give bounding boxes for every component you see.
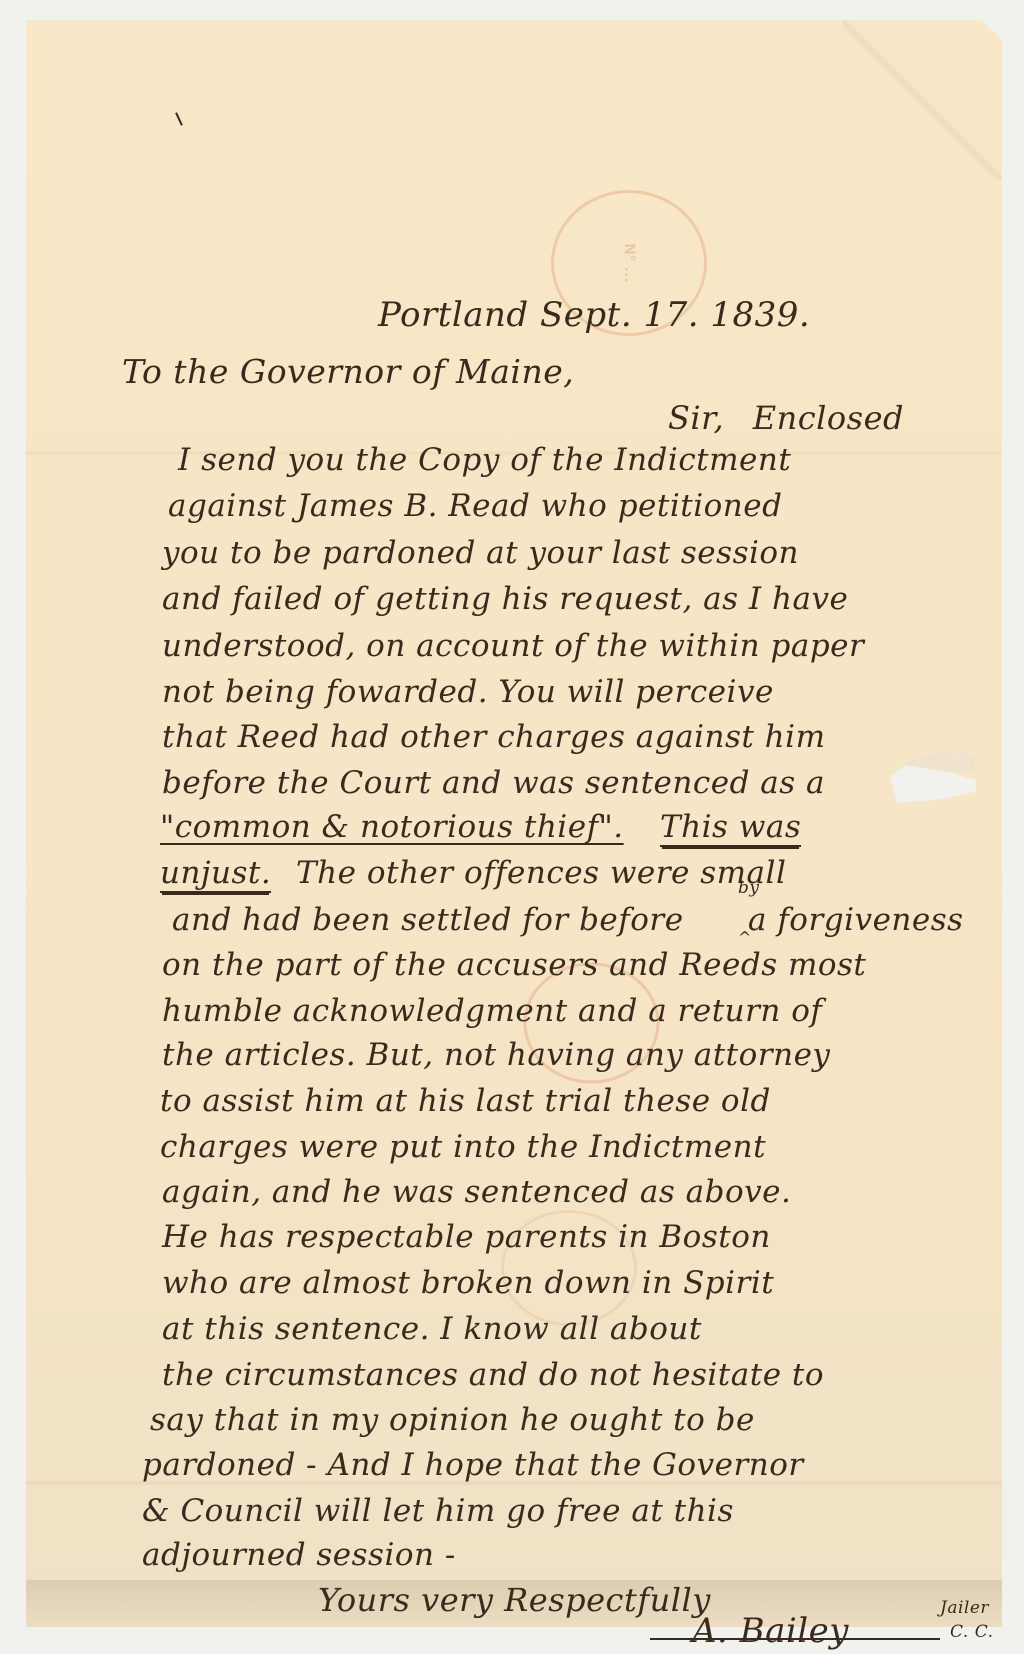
body-line: say that in my opinion he ought to be — [150, 1405, 755, 1436]
body-line: & Council will let him go free at this — [142, 1496, 734, 1527]
body-line: the circumstances and do not hesitate to — [162, 1360, 824, 1391]
body-line: humble acknowledgment and a return of — [162, 996, 822, 1027]
body-line: again, and he was sentenced as above. — [162, 1177, 791, 1208]
body-line: I send you the Copy of the Indictment — [178, 445, 791, 476]
body-line: the articles. But, not having any attorn… — [162, 1040, 830, 1071]
body-line: a forgiveness — [748, 905, 964, 936]
body-line: at this sentence. I know all about — [162, 1314, 702, 1345]
body-line-emphasis: unjust. — [160, 858, 271, 893]
signature: A. Bailey — [692, 1614, 849, 1648]
body-line: charges were put into the Indictment — [160, 1132, 766, 1163]
body-line: to assist him at his last trial these ol… — [160, 1086, 771, 1117]
body-line: He has respectable parents in Boston — [162, 1222, 771, 1253]
corner-fold — [842, 20, 1002, 180]
body-line: pardoned - And I hope that the Governor — [142, 1450, 804, 1481]
body-line: understood, on account of the within pap… — [162, 631, 864, 662]
salutation-sir: Sir, Enclosed — [668, 402, 904, 434]
body-line: who are almost broken down in Spirit — [162, 1268, 774, 1299]
body-line: The other offences were small — [296, 858, 786, 889]
body-line: adjourned session - — [142, 1540, 456, 1571]
closing: Yours very Respectfully — [318, 1584, 711, 1616]
interlinear-insertion: by — [738, 880, 760, 897]
body-line: you to be pardoned at your last session — [162, 538, 799, 569]
signature-title: Jailer — [940, 1600, 989, 1617]
body-line: and had been settled for before — [172, 905, 684, 936]
body-line: not being fowarded. You will perceive — [162, 677, 774, 708]
signature-office: C. C. — [950, 1624, 994, 1641]
body-line: and failed of getting his request, as I … — [162, 584, 848, 615]
body-line: against James B. Read who petitioned — [168, 491, 782, 522]
body-line: that Reed had other charges against him — [162, 722, 825, 753]
body-line-quote: "common & notorious thief". — [160, 812, 624, 843]
signature-flourish — [650, 1638, 940, 1640]
body-line-emphasis: This was — [660, 812, 801, 847]
body-line: before the Court and was sentenced as a — [162, 768, 825, 799]
dateline: Portland Sept. 17. 1839. — [378, 298, 810, 332]
salutation-addressee: To the Governor of Maine, — [122, 355, 574, 388]
body-line: on the part of the accusers and Reeds mo… — [162, 950, 866, 981]
